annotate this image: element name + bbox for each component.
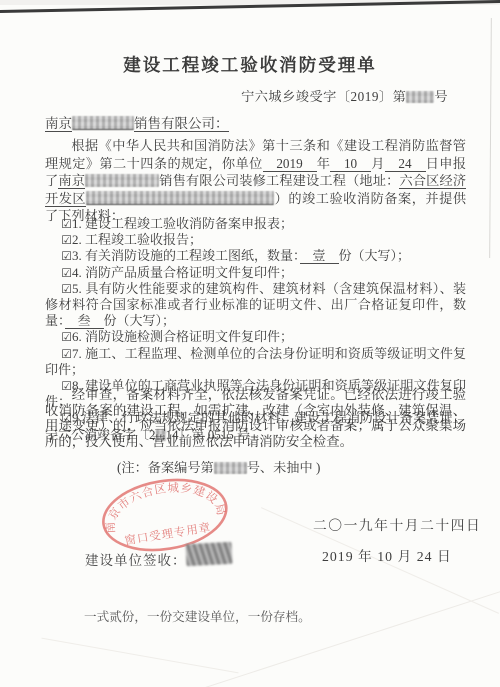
text-run: 号、未抽中 ) bbox=[247, 460, 321, 475]
checklist-item: ☑1. 建设工程竣工验收消防备案申报表； bbox=[45, 216, 466, 232]
text-run: 施工、工程监理、检测单位的合法身份证明和资质等级证明文件复印件； bbox=[45, 346, 466, 377]
redacted-text bbox=[406, 91, 434, 103]
closing-paragraph: 经审查，备案材料齐全，依法核发备案凭证。已经依法进行竣工验收消防备案的建设工程，… bbox=[45, 387, 466, 450]
item-number: 3. bbox=[72, 248, 85, 263]
item-number: 7. bbox=[72, 346, 85, 361]
text-run: 年 bbox=[317, 156, 331, 171]
document-title: 建设工程竣工验收消防受理单 bbox=[0, 52, 500, 77]
text-run: 工程竣工验收报告； bbox=[85, 232, 202, 247]
filled-blank: 叁 bbox=[65, 313, 104, 329]
item-number: 6. bbox=[72, 329, 85, 344]
item-number: 5. bbox=[72, 281, 85, 296]
checklist-item: ☑5. 具有防火性能要求的建筑构件、建筑材料（含建筑保温材料）、装修材料符合国家… bbox=[45, 281, 466, 330]
text-run: 消防设施检测合格证明文件复印件； bbox=[85, 329, 293, 344]
filled-blank: 壹 bbox=[300, 248, 339, 264]
checklist-item: ☑2. 工程竣工验收报告； bbox=[45, 232, 466, 248]
text-run: 有关消防设施的工程竣工图纸，数量： bbox=[85, 248, 300, 263]
filled-blank: 10 bbox=[330, 156, 371, 172]
redacted-text bbox=[85, 174, 159, 187]
checklist-item: ☑4. 消防产品质量合格证明文件复印件； bbox=[45, 265, 466, 281]
checklist-item: ☑7. 施工、工程监理、检测单位的合法身份证明和资质等级证明文件复印件； bbox=[45, 346, 466, 378]
recipient-line: 南京销售有限公司： bbox=[45, 112, 229, 132]
checked-checkbox-icon: ☑ bbox=[61, 282, 72, 296]
text-run: 宁六城乡竣受字〔2019〕第 bbox=[241, 89, 406, 104]
sign-label: 建设单位签收： bbox=[85, 549, 187, 569]
checked-checkbox-icon: ☑ bbox=[61, 347, 72, 361]
checked-checkbox-icon: ☑ bbox=[61, 330, 72, 344]
filled-blank: 南京 bbox=[58, 173, 85, 189]
filled-blank: 销售有限公司： bbox=[134, 116, 229, 132]
text-run: 号 bbox=[434, 89, 448, 104]
date-numeric: 2019 年 10 月 24 日 bbox=[322, 545, 452, 565]
redacted-text bbox=[72, 116, 134, 130]
text-run: 销售有限公司装修工程建设工程（地址： bbox=[159, 173, 399, 188]
filled-blank: 2019 bbox=[263, 156, 317, 172]
checked-checkbox-icon: ☑ bbox=[61, 249, 72, 263]
text-run: 份（大写）； bbox=[339, 248, 411, 263]
filled-blank: 南京 bbox=[45, 116, 72, 132]
item-number: 1. bbox=[72, 216, 85, 231]
item-number: 2. bbox=[72, 232, 85, 247]
redacted-text bbox=[86, 191, 274, 205]
signature-redacted bbox=[185, 542, 232, 566]
paper-crease bbox=[41, 638, 238, 674]
text-run: 月 bbox=[371, 156, 385, 171]
checked-checkbox-icon: ☑ bbox=[61, 233, 72, 247]
checked-checkbox-icon: ☑ bbox=[61, 217, 72, 231]
intro-paragraph: 根据《中华人民共和国消防法》第十三条和《建设工程消防监督管理规定》第二十四条的规… bbox=[45, 137, 466, 225]
scanned-paper: 建设工程竣工验收消防受理单 宁六城乡竣受字〔2019〕第号 南京销售有限公司： … bbox=[0, 0, 500, 687]
date-chinese: 二〇一九年十月二十四日 bbox=[313, 514, 481, 534]
text-run: 份（大写）； bbox=[104, 313, 176, 328]
text-run: 建设工程竣工验收消防备案申报表； bbox=[85, 216, 293, 231]
document-number: 宁六城乡竣受字〔2019〕第号 bbox=[0, 86, 500, 105]
text-run: 消防产品质量合格证明文件复印件； bbox=[85, 265, 293, 280]
filled-blank: 24 bbox=[385, 156, 426, 172]
copies-note: 一式贰份，一份交建设单位，一份存档。 bbox=[84, 606, 311, 625]
checklist-item: ☑3. 有关消防设施的工程竣工图纸，数量： 壹 份（大写）； bbox=[45, 248, 466, 264]
checklist-item: ☑6. 消防设施检测合格证明文件复印件； bbox=[45, 329, 466, 345]
checked-checkbox-icon: ☑ bbox=[61, 266, 72, 280]
item-number: 4. bbox=[72, 265, 85, 280]
